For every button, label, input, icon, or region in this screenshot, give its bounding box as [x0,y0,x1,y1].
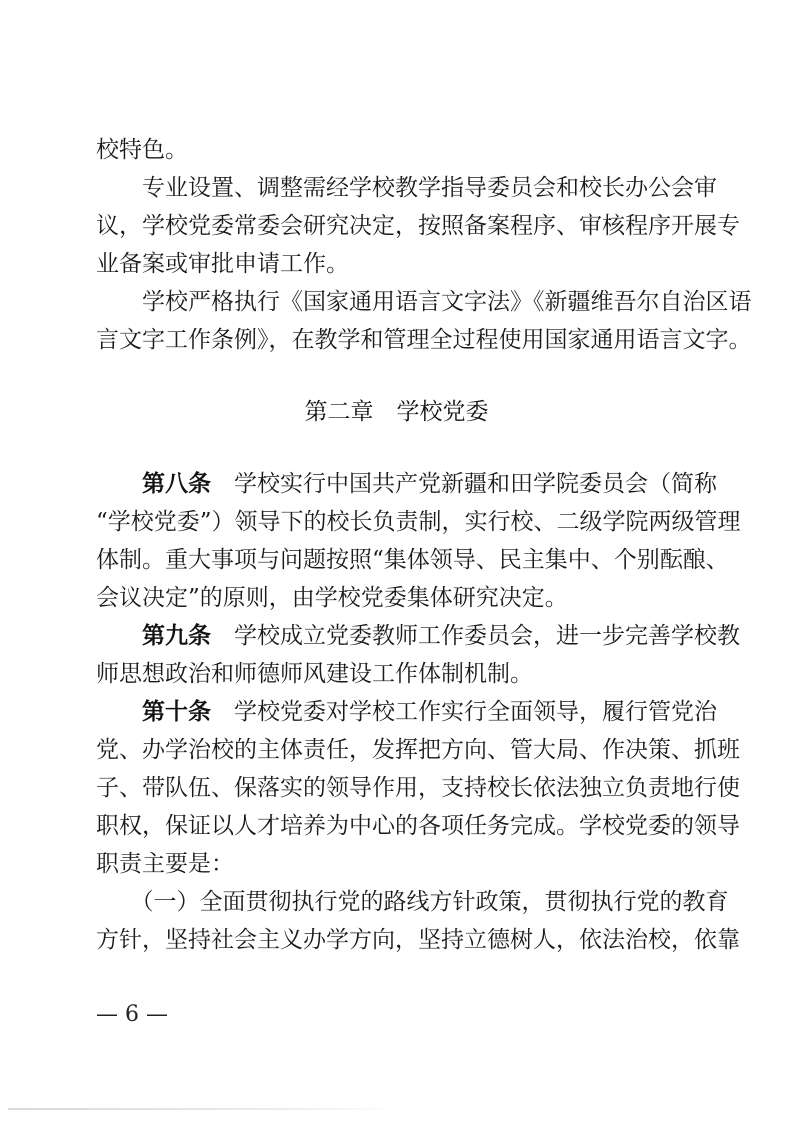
text-span: 学校党委对学校工作实行全面领导，履行管党治 [234,699,717,725]
page-number: — 6 — [96,1000,168,1030]
text-line: 职责主要是： [96,848,708,880]
text-line: 方针，坚持社会主义办学方向，坚持立德树人，依法治校，依靠 [96,924,708,956]
text-line: 专业设置、调整需经学校教学指导委员会和校长办公会审 [96,172,708,204]
text-line: 体制。重大事项与问题按照“集体领导、民主集中、个别酝酿、 [96,544,708,576]
text-span: 学校成立党委教师工作委员会，进一步完善学校教 [234,623,740,649]
text-span: 学校实行中国共产党新疆和田学院委员会（简称 [234,471,717,497]
text-line: 学校严格执行《国家通用语言文字法》《新疆维吾尔自治区语 [96,286,708,318]
text-line: 职权，保证以人才培养为中心的各项任务完成。学校党委的领导 [96,810,708,842]
chapter-heading: 第二章 学校党委 [0,396,793,428]
text-line: 言文字工作条例》，在教学和管理全过程使用国家通用语言文字。 [96,324,708,356]
text-line: 议，学校党委常委会研究决定，按照备案程序、审核程序开展专 [96,210,708,242]
text-line: 业备案或审批申请工作。 [96,248,708,280]
article-9-first-line: 第九条 学校成立党委教师工作委员会，进一步完善学校教 [96,620,708,652]
article-label: 第九条 [142,623,211,649]
text-line: 党、办学治校的主体责任，发挥把方向、管大局、作决策、抓班 [96,734,708,766]
document-page: 校特色。 专业设置、调整需经学校教学指导委员会和校长办公会审 议，学校党委常委会… [0,0,793,1121]
text-line: 会议决定”的原则，由学校党委集体研究决定。 [96,582,708,614]
article-label: 第八条 [142,471,211,497]
text-line: “学校党委”）领导下的校长负责制，实行校、二级学院两级管理 [96,506,708,538]
text-line: （一）全面贯彻执行党的路线方针政策，贯彻执行党的教育 [96,886,708,918]
article-label: 第十条 [142,699,211,725]
scan-edge-divider [8,1108,398,1110]
article-8-first-line: 第八条 学校实行中国共产党新疆和田学院委员会（简称 [96,468,708,500]
text-line: 师思想政治和师德师风建设工作体制机制。 [96,658,708,690]
text-line: 子、带队伍、保落实的领导作用，支持校长依法独立负责地行使 [96,772,708,804]
text-line: 校特色。 [96,134,708,166]
article-10-first-line: 第十条 学校党委对学校工作实行全面领导，履行管党治 [96,696,708,728]
